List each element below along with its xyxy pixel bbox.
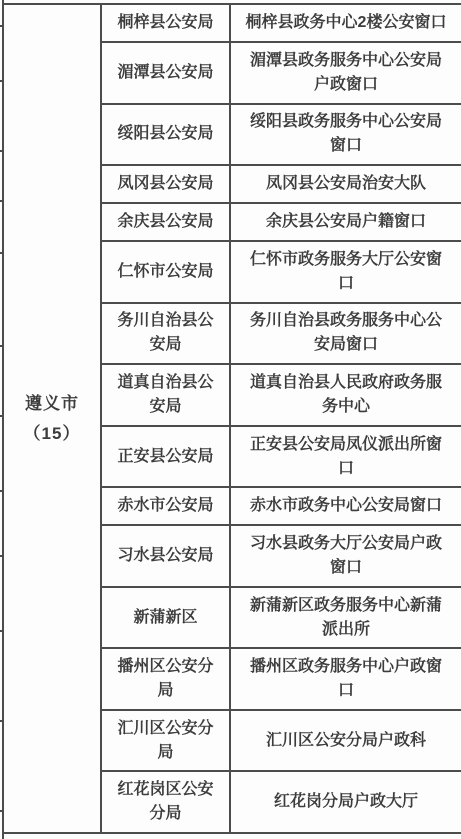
location-name: 余庆县公安局户籍窗口	[245, 210, 447, 234]
bureau-cell: 道真自治县公安局	[102, 365, 231, 425]
bureau-cell: 播州区公安分局	[102, 649, 231, 709]
location-name: 新蒲新区政务服务中心新蒲派出所	[245, 594, 447, 642]
bureau-name: 道真自治县公安局	[116, 371, 216, 419]
table-row: 道真自治县公安局 道真自治县人民政府政务服务中心	[102, 365, 461, 427]
table-row: 仁怀市公安局 仁怀市政务服务大厅公安窗口	[102, 242, 461, 304]
row-line-stub	[0, 810, 4, 812]
bureau-name: 正安县公安局	[116, 445, 216, 469]
location-cell: 习水县政务大厅公安局户政窗口	[231, 526, 461, 586]
bureau-cell: 仁怀市公安局	[102, 242, 231, 302]
bureau-cell: 桐梓县公安局	[102, 5, 231, 41]
location-cell: 余庆县公安局户籍窗口	[231, 204, 461, 240]
bureau-name: 汇川区公安分局	[116, 717, 216, 765]
location-cell: 桐梓县政务中心2楼公安窗口	[231, 5, 461, 41]
bureau-cell: 红花岗区公安分局	[102, 772, 231, 832]
cropped-left-column-sliver	[0, 0, 4, 839]
bureau-cell: 习水县公安局	[102, 526, 231, 586]
bureau-name: 红花岗区公安分局	[116, 778, 216, 826]
row-line-stub	[0, 555, 4, 557]
location-name: 仁怀市政务服务大厅公安窗口	[245, 248, 447, 296]
row-line-stub	[0, 252, 4, 254]
region-cell: 遵义市 （15）	[4, 5, 102, 832]
bureau-name: 新蒲新区	[116, 606, 216, 630]
location-name: 桐梓县政务中心2楼公安窗口	[245, 11, 447, 35]
location-cell: 红花岗分局户政大厅	[231, 772, 461, 832]
table-row: 务川自治县公安局 务川自治县政务服务中心公安局窗口	[102, 304, 461, 366]
location-cell: 凤冈县公安局治安大队	[231, 166, 461, 202]
bureau-name: 凤冈县公安局	[116, 172, 216, 196]
bureau-name: 余庆县公安局	[116, 210, 216, 234]
row-line-stub	[0, 200, 4, 202]
table-row: 汇川区公安分局 汇川区公安分局户政科	[102, 711, 461, 773]
bureau-cell: 凤冈县公安局	[102, 166, 231, 202]
bureau-cell: 新蒲新区	[102, 588, 231, 648]
location-name: 汇川区公安分局户政科	[245, 729, 447, 753]
location-name: 绥阳县政务服务中心公安局窗口	[245, 110, 447, 158]
location-cell: 正安县公安局凤仪派出所窗口	[231, 427, 461, 487]
region-name: 遵义市	[25, 389, 79, 419]
location-name: 湄潭县政务服务中心公安局户政窗口	[245, 49, 447, 97]
table-rows: 桐梓县公安局 桐梓县政务中心2楼公安窗口 湄潭县公安局 湄潭县政务服务中心公安局…	[102, 5, 461, 832]
table-row: 播州区公安分局 播州区政务服务中心户政窗口	[102, 649, 461, 711]
table-row: 余庆县公安局 余庆县公安局户籍窗口	[102, 204, 461, 242]
table-row: 湄潭县公安局 湄潭县政务服务中心公安局户政窗口	[102, 43, 461, 105]
bureau-cell: 务川自治县公安局	[102, 304, 231, 364]
table-row: 凤冈县公安局 凤冈县公安局治安大队	[102, 166, 461, 204]
table-row: 绥阳县公安局 绥阳县政务服务中心公安局窗口	[102, 105, 461, 167]
location-name: 习水县政务大厅公安局户政窗口	[245, 532, 447, 580]
bureau-cell: 汇川区公安分局	[102, 711, 231, 771]
police-window-table-page: 遵义市 （15） 桐梓县公安局 桐梓县政务中心2楼公安窗口 湄潭县公安局 湄潭县…	[0, 0, 461, 839]
row-line-stub	[0, 150, 4, 152]
bureau-name: 赤水市公安局	[116, 494, 216, 518]
bureau-cell: 绥阳县公安局	[102, 105, 231, 165]
table-row: 正安县公安局 正安县公安局凤仪派出所窗口	[102, 427, 461, 489]
row-line-stub	[0, 490, 4, 492]
table-row: 桐梓县公安局 桐梓县政务中心2楼公安窗口	[102, 5, 461, 43]
bureau-name: 仁怀市公安局	[116, 260, 216, 284]
location-name: 红花岗分局户政大厅	[245, 790, 447, 814]
table-row: 红花岗区公安分局 红花岗分局户政大厅	[102, 772, 461, 832]
location-cell: 新蒲新区政务服务中心新蒲派出所	[231, 588, 461, 648]
bureau-name: 绥阳县公安局	[116, 122, 216, 146]
location-cell: 仁怀市政务服务大厅公安窗口	[231, 242, 461, 302]
row-line-stub	[0, 345, 4, 347]
row-line-stub	[0, 630, 4, 632]
location-name: 赤水市政务中心公安局窗口	[245, 494, 447, 518]
location-name: 正安县公安局凤仪派出所窗口	[245, 433, 447, 481]
bureau-cell: 赤水市公安局	[102, 488, 231, 524]
bureau-name: 桐梓县公安局	[116, 11, 216, 35]
location-name: 道真自治县人民政府政务服务中心	[245, 371, 447, 419]
bureau-cell: 余庆县公安局	[102, 204, 231, 240]
bureau-name: 习水县公安局	[116, 544, 216, 568]
location-cell: 赤水市政务中心公安局窗口	[231, 488, 461, 524]
bureau-cell: 湄潭县公安局	[102, 43, 231, 103]
location-cell: 道真自治县人民政府政务服务中心	[231, 365, 461, 425]
zunyi-police-service-table: 遵义市 （15） 桐梓县公安局 桐梓县政务中心2楼公安窗口 湄潭县公安局 湄潭县…	[4, 3, 461, 834]
bureau-name: 务川自治县公安局	[116, 309, 216, 357]
table-row: 习水县公安局 习水县政务大厅公安局户政窗口	[102, 526, 461, 588]
row-line-stub	[0, 720, 4, 722]
location-cell: 绥阳县政务服务中心公安局窗口	[231, 105, 461, 165]
region-count: （15）	[24, 419, 81, 449]
bureau-cell: 正安县公安局	[102, 427, 231, 487]
bureau-name: 播州区公安分局	[116, 655, 216, 703]
table-row: 赤水市公安局 赤水市政务中心公安局窗口	[102, 488, 461, 526]
location-cell: 汇川区公安分局户政科	[231, 711, 461, 771]
row-line-stub	[0, 415, 4, 417]
location-cell: 播州区政务服务中心户政窗口	[231, 649, 461, 709]
row-line-stub	[0, 25, 4, 27]
location-name: 播州区政务服务中心户政窗口	[245, 655, 447, 703]
bureau-name: 湄潭县公安局	[116, 61, 216, 85]
row-line-stub	[0, 80, 4, 82]
location-cell: 务川自治县政务服务中心公安局窗口	[231, 304, 461, 364]
location-cell: 湄潭县政务服务中心公安局户政窗口	[231, 43, 461, 103]
location-name: 凤冈县公安局治安大队	[245, 172, 447, 196]
table-row: 新蒲新区 新蒲新区政务服务中心新蒲派出所	[102, 588, 461, 650]
location-name: 务川自治县政务服务中心公安局窗口	[245, 309, 447, 357]
